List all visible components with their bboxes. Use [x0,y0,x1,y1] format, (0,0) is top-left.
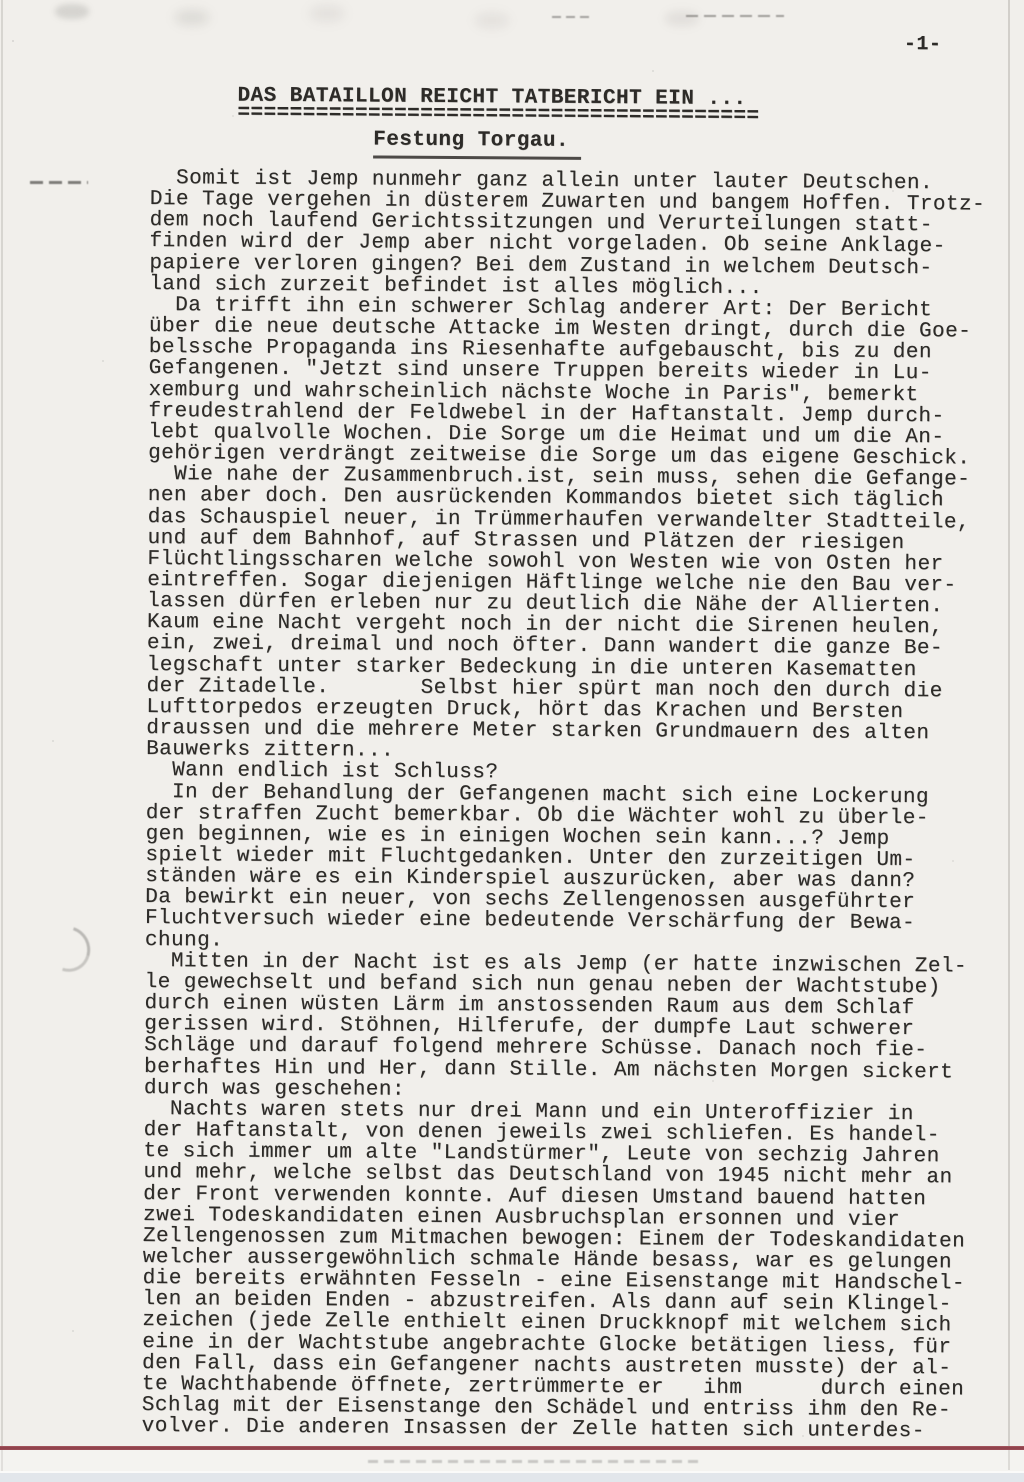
paragraph: Mitten in der Nacht ist es als Jemp (er … [144,951,980,1105]
page-number: -1- [904,33,942,56]
scanned-document-page: -1- DAS BATAILLON REICHT TATBERICHT EIN … [0,0,1024,1482]
paragraph: In der Behandlung der Gefangenen macht s… [145,782,981,957]
document-body: Somit ist Jemp nunmehr ganz allein unter… [142,168,986,1443]
paragraph: Da trifft ihn ein schwerer Schlag andere… [148,295,984,470]
title-underline: ======================================== [237,102,759,128]
paragraph: Nachts waren stets nur drei Mann und ein… [142,1099,980,1443]
typed-content: -1- DAS BATAILLON REICHT TATBERICHT EIN … [0,0,1024,1482]
section-heading: Festung Torgau. [373,128,581,159]
paragraph: Somit ist Jemp nunmehr ganz allein unter… [149,168,985,300]
paragraph: Wie nahe der Zusammenbruch.ist, sein mus… [146,464,983,766]
